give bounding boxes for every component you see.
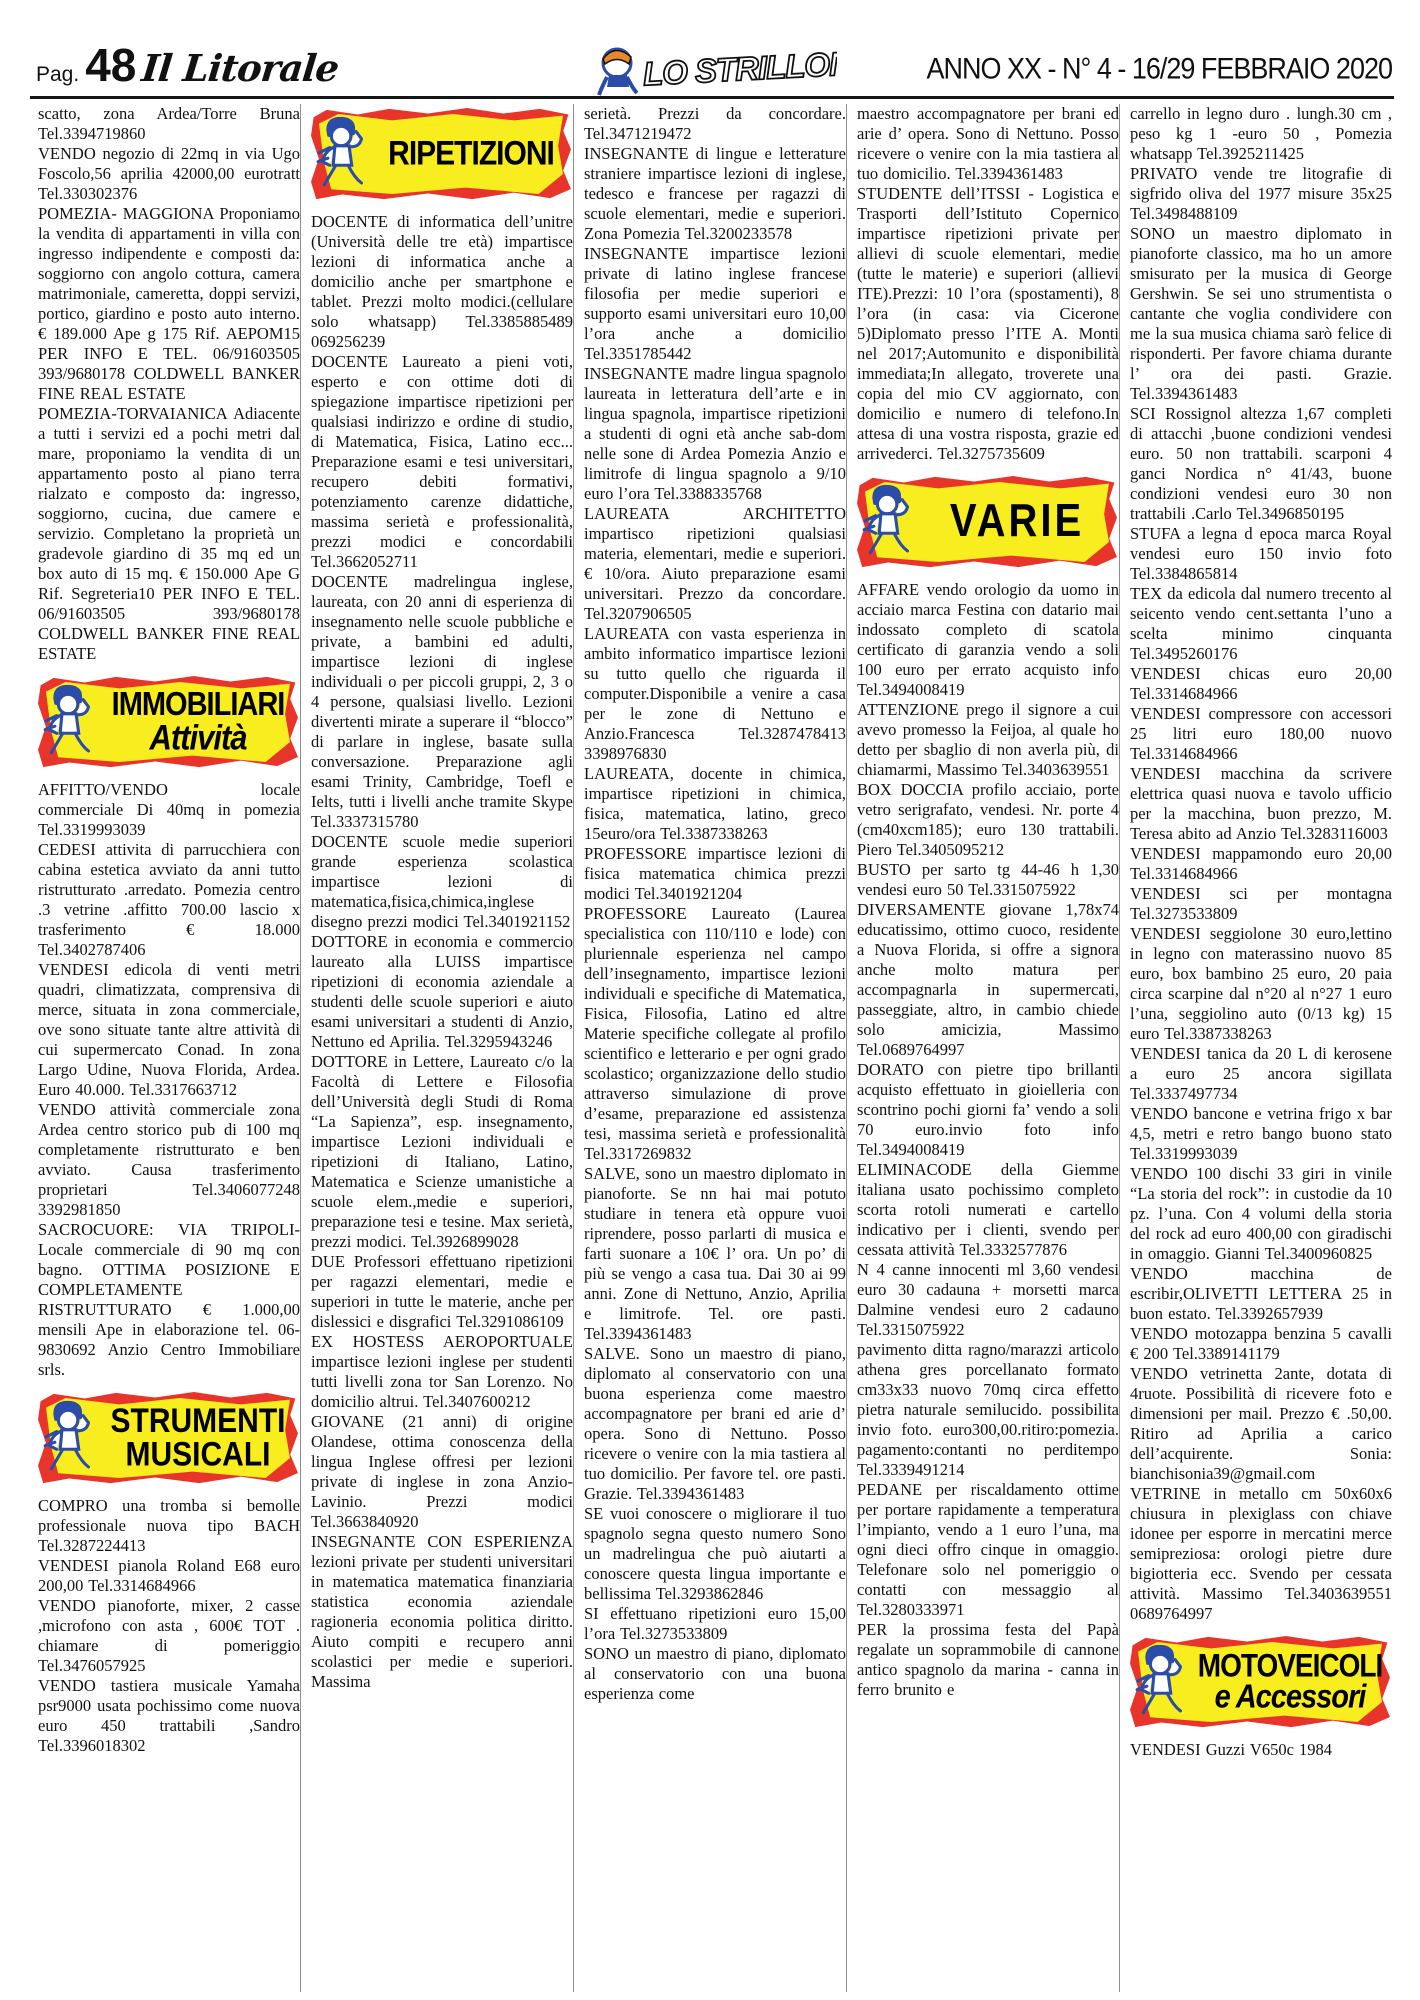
classified-ad: SONO un maestro diplomato in pianoforte … [1130,224,1392,404]
classified-ad: ELIMINACODE della Giemme italiana usato … [857,1160,1119,1260]
classified-ad: POMEZIA-TORVAIANICA Adiacente a tutti i … [38,404,300,664]
classified-ad: DIVERSAMENTE giovane 1,78x74 educatissim… [857,900,1119,1060]
classified-ad: DOTTORE in Lettere, Laureato c/o la Faco… [311,1052,573,1252]
classified-ad: VENDESI mappamondo euro 20,00 Tel.331468… [1130,844,1392,884]
banner-title: RIPETIZIONI [388,137,554,171]
classified-ad: VENDESI macchina da scrivere elettrica q… [1130,764,1392,844]
issue-info: ANNO XX - N° 4 - 16/29 FEBBRAIO 2020 [927,53,1393,86]
newspaper-page: Pag. 48 Il Litorale LO STRILLONE ANNO XX… [0,0,1420,2000]
classified-ad: DORATO con pietre tipo brillanti acquist… [857,1060,1119,1160]
newsboy-icon [315,114,371,195]
classified-ad: SACROCUORE: VIA TRIPOLI- Locale commerci… [38,1220,300,1380]
classified-ad: POMEZIA- MAGGIONA Proponiamo la vendita … [38,204,300,404]
classified-ad: SALVE, sono un maestro diplomato in pian… [584,1164,846,1344]
page-label: Pag. [36,63,79,87]
classified-ad: VENDO tastiera musicale Yamaha psr9000 u… [38,1676,300,1756]
masthead: Il Litorale [140,46,341,90]
page-number: 48 [85,42,136,88]
classified-ad: SONO un maestro di piano, diplomato al c… [584,1644,846,1704]
section-banner-immobiliari: IMMOBILIARIAttività [38,676,298,768]
column: RIPETIZIONIDOCENTE di informatica dell’u… [300,104,573,1992]
columns-container: scatto, zona Ardea/Torre Bruna Tel.33947… [38,104,1392,1992]
classified-ad: PRIVATO vende tre litografie di sigfrido… [1130,164,1392,224]
classified-ad: ATTENZIONE prego il signore a cui avevo … [857,700,1119,780]
classified-ad: scatto, zona Ardea/Torre Bruna Tel.33947… [38,104,300,144]
classified-ad: STUDENTE dell’ITSSI - Logistica e Traspo… [857,184,1119,464]
logo-text: LO STRILLONE [642,43,837,92]
classified-ad: GIOVANE (21 anni) di origine Olandese, o… [311,1412,573,1532]
classified-ad: CEDESI attivita di parrucchiera con cabi… [38,840,300,960]
classified-ad: VENDO 100 dischi 33 giri in vinile “La s… [1130,1164,1392,1264]
classified-ad: VENDESI tanica da 20 L di kerosene a eur… [1130,1044,1392,1104]
classified-ad: N 4 canne innocenti ml 3,60 vendesi euro… [857,1260,1119,1340]
classified-ad: VENDO vetrinetta 2ante, dotata di 4ruote… [1130,1364,1392,1484]
classified-ad: PROFESSORE impartisce lezioni di fisica … [584,844,846,904]
classified-ad: DOCENTE madrelingua inglese, laureata, c… [311,572,573,832]
column: scatto, zona Ardea/Torre Bruna Tel.33947… [38,104,300,1992]
classified-ad: serietà. Prezzi da concordare. Tel.34712… [584,104,846,144]
classified-ad: STUFA a legna d epoca marca Royal vendes… [1130,524,1392,584]
banner-title: VARIE [950,499,1084,544]
classified-ad: INSEGNANTE di lingue e letterature stran… [584,144,846,244]
classified-ad: INSEGNANTE CON ESPERIENZA lezioni privat… [311,1532,573,1692]
classified-ad: LAUREATA ARCHITETTO impartisco ripetizio… [584,504,846,624]
banner-title: MOTOVEICOLI [1198,1650,1383,1682]
classified-ad: carrello in legno duro . lungh.30 cm , p… [1130,104,1392,164]
classified-ad: SCI Rossignol altezza 1,67 completi di a… [1130,404,1392,524]
classified-ad: DOCENTE Laureato a pieni voti, esperto e… [311,352,573,572]
classified-ad: pavimento ditta ragno/marazzi articolo a… [857,1340,1119,1480]
classified-ad: PER la prossima festa del Papà regalate … [857,1620,1119,1700]
classified-ad: VENDO attività commerciale zona Ardea ce… [38,1100,300,1220]
column: carrello in legno duro . lungh.30 cm , p… [1119,104,1392,1992]
column: maestro accompagnatore per brani ed arie… [846,104,1119,1992]
classified-ad: SE vuoi conoscere o migliorare il tuo sp… [584,1504,846,1604]
section-banner-strumenti: STRUMENTIMUSICALI [38,1392,298,1484]
classified-ad: LAUREATA con vasta esperienza in ambito … [584,624,846,764]
newsboy-icon [42,682,98,763]
classified-ad: VENDESI chicas euro 20,00 Tel.3314684966 [1130,664,1392,704]
banner-title: e Accessori [1215,1681,1366,1714]
classified-ad: DOTTORE in economia e commercio laureato… [311,932,573,1052]
classified-ad: VENDO motozappa benzina 5 cavalli € 200 … [1130,1324,1392,1364]
classified-ad: VENDESI Guzzi V650c 1984 [1130,1740,1392,1760]
classified-ad: EX HOSTESS AEROPORTUALE impartisce lezio… [311,1332,573,1412]
classified-ad: AFFARE vendo orologio da uomo in acciaio… [857,580,1119,700]
banner-title: MUSICALI [126,1438,271,1472]
classified-ad: VENDESI seggiolone 30 euro,lettino in le… [1130,924,1392,1044]
banner-title: Attività [149,721,246,756]
column: serietà. Prezzi da concordare. Tel.34712… [573,104,846,1992]
page-header: Pag. 48 Il Litorale LO STRILLONE ANNO XX… [30,0,1394,99]
classified-ad: PROFESSORE Laureato (Laurea specialistic… [584,904,846,1164]
classified-ad: maestro accompagnatore per brani ed arie… [857,104,1119,184]
classified-ad: SALVE. Sono un maestro di piano, diploma… [584,1344,846,1504]
classified-ad: VENDESI pianola Roland E68 euro 200,00 T… [38,1556,300,1596]
banner-title: STRUMENTI [111,1404,286,1438]
classified-ad: DUE Professori effettuano ripetizioni pe… [311,1252,573,1332]
classified-ad: INSEGNANTE impartisce lezioni private di… [584,244,846,364]
classified-ad: DOCENTE scuole medie superiori grande es… [311,832,573,932]
newsboy-icon [42,1398,98,1479]
masthead-group: Pag. 48 Il Litorale [36,42,339,90]
newsboy-icon [599,49,637,95]
classified-ad: COMPRO una tromba si bemolle professiona… [38,1496,300,1556]
classified-ad: BUSTO per sarto tg 44-46 h 1,30 vendesi … [857,860,1119,900]
classified-ad: VENDO pianoforte, mixer, 2 casse ,microf… [38,1596,300,1676]
classified-ad: SI effettuano ripetizioni euro 15,00 l’o… [584,1604,846,1644]
classified-ad: VENDESI edicola di venti metri quadri, c… [38,960,300,1100]
newsboy-icon [1134,1642,1190,1723]
banner-title: IMMOBILIARI [112,688,285,721]
classified-ad: VENDO bancone e vetrina frigo x bar 4,5,… [1130,1104,1392,1164]
classified-ad: DOCENTE di informatica dell’unitre (Univ… [311,212,573,352]
classified-ad: VENDO negozio di 22mq in via Ugo Foscolo… [38,144,300,204]
classified-ad: TEX da edicola dal numero trecento al se… [1130,584,1392,664]
section-banner-motoveicoli: MOTOVEICOLIe Accessori [1130,1636,1390,1728]
classified-ad: PEDANE per riscaldamento ottime per port… [857,1480,1119,1620]
classified-ad: VETRINE in metallo cm 50x60x6 chiusura i… [1130,1484,1392,1624]
classified-ad: INSEGNANTE madre lingua spagnolo laureat… [584,364,846,504]
lo-strillone-logo: LO STRILLONE [587,37,837,104]
classified-ad: AFFITTO/VENDO locale commerciale Di 40mq… [38,780,300,840]
newsboy-icon [861,482,917,563]
section-banner-ripetizioni: RIPETIZIONI [311,108,571,200]
classified-ad: VENDESI sci per montagna Tel.3273533809 [1130,884,1392,924]
classified-ad: VENDESI compressore con accessori 25 lit… [1130,704,1392,764]
classified-ad: BOX DOCCIA profilo acciaio, porte vetro … [857,780,1119,860]
section-banner-varie: VARIE [857,476,1117,568]
classified-ad: LAUREATA, docente in chimica, impartisce… [584,764,846,844]
classified-ad: VENDO macchina de escribir,OLIVETTI LETT… [1130,1264,1392,1324]
